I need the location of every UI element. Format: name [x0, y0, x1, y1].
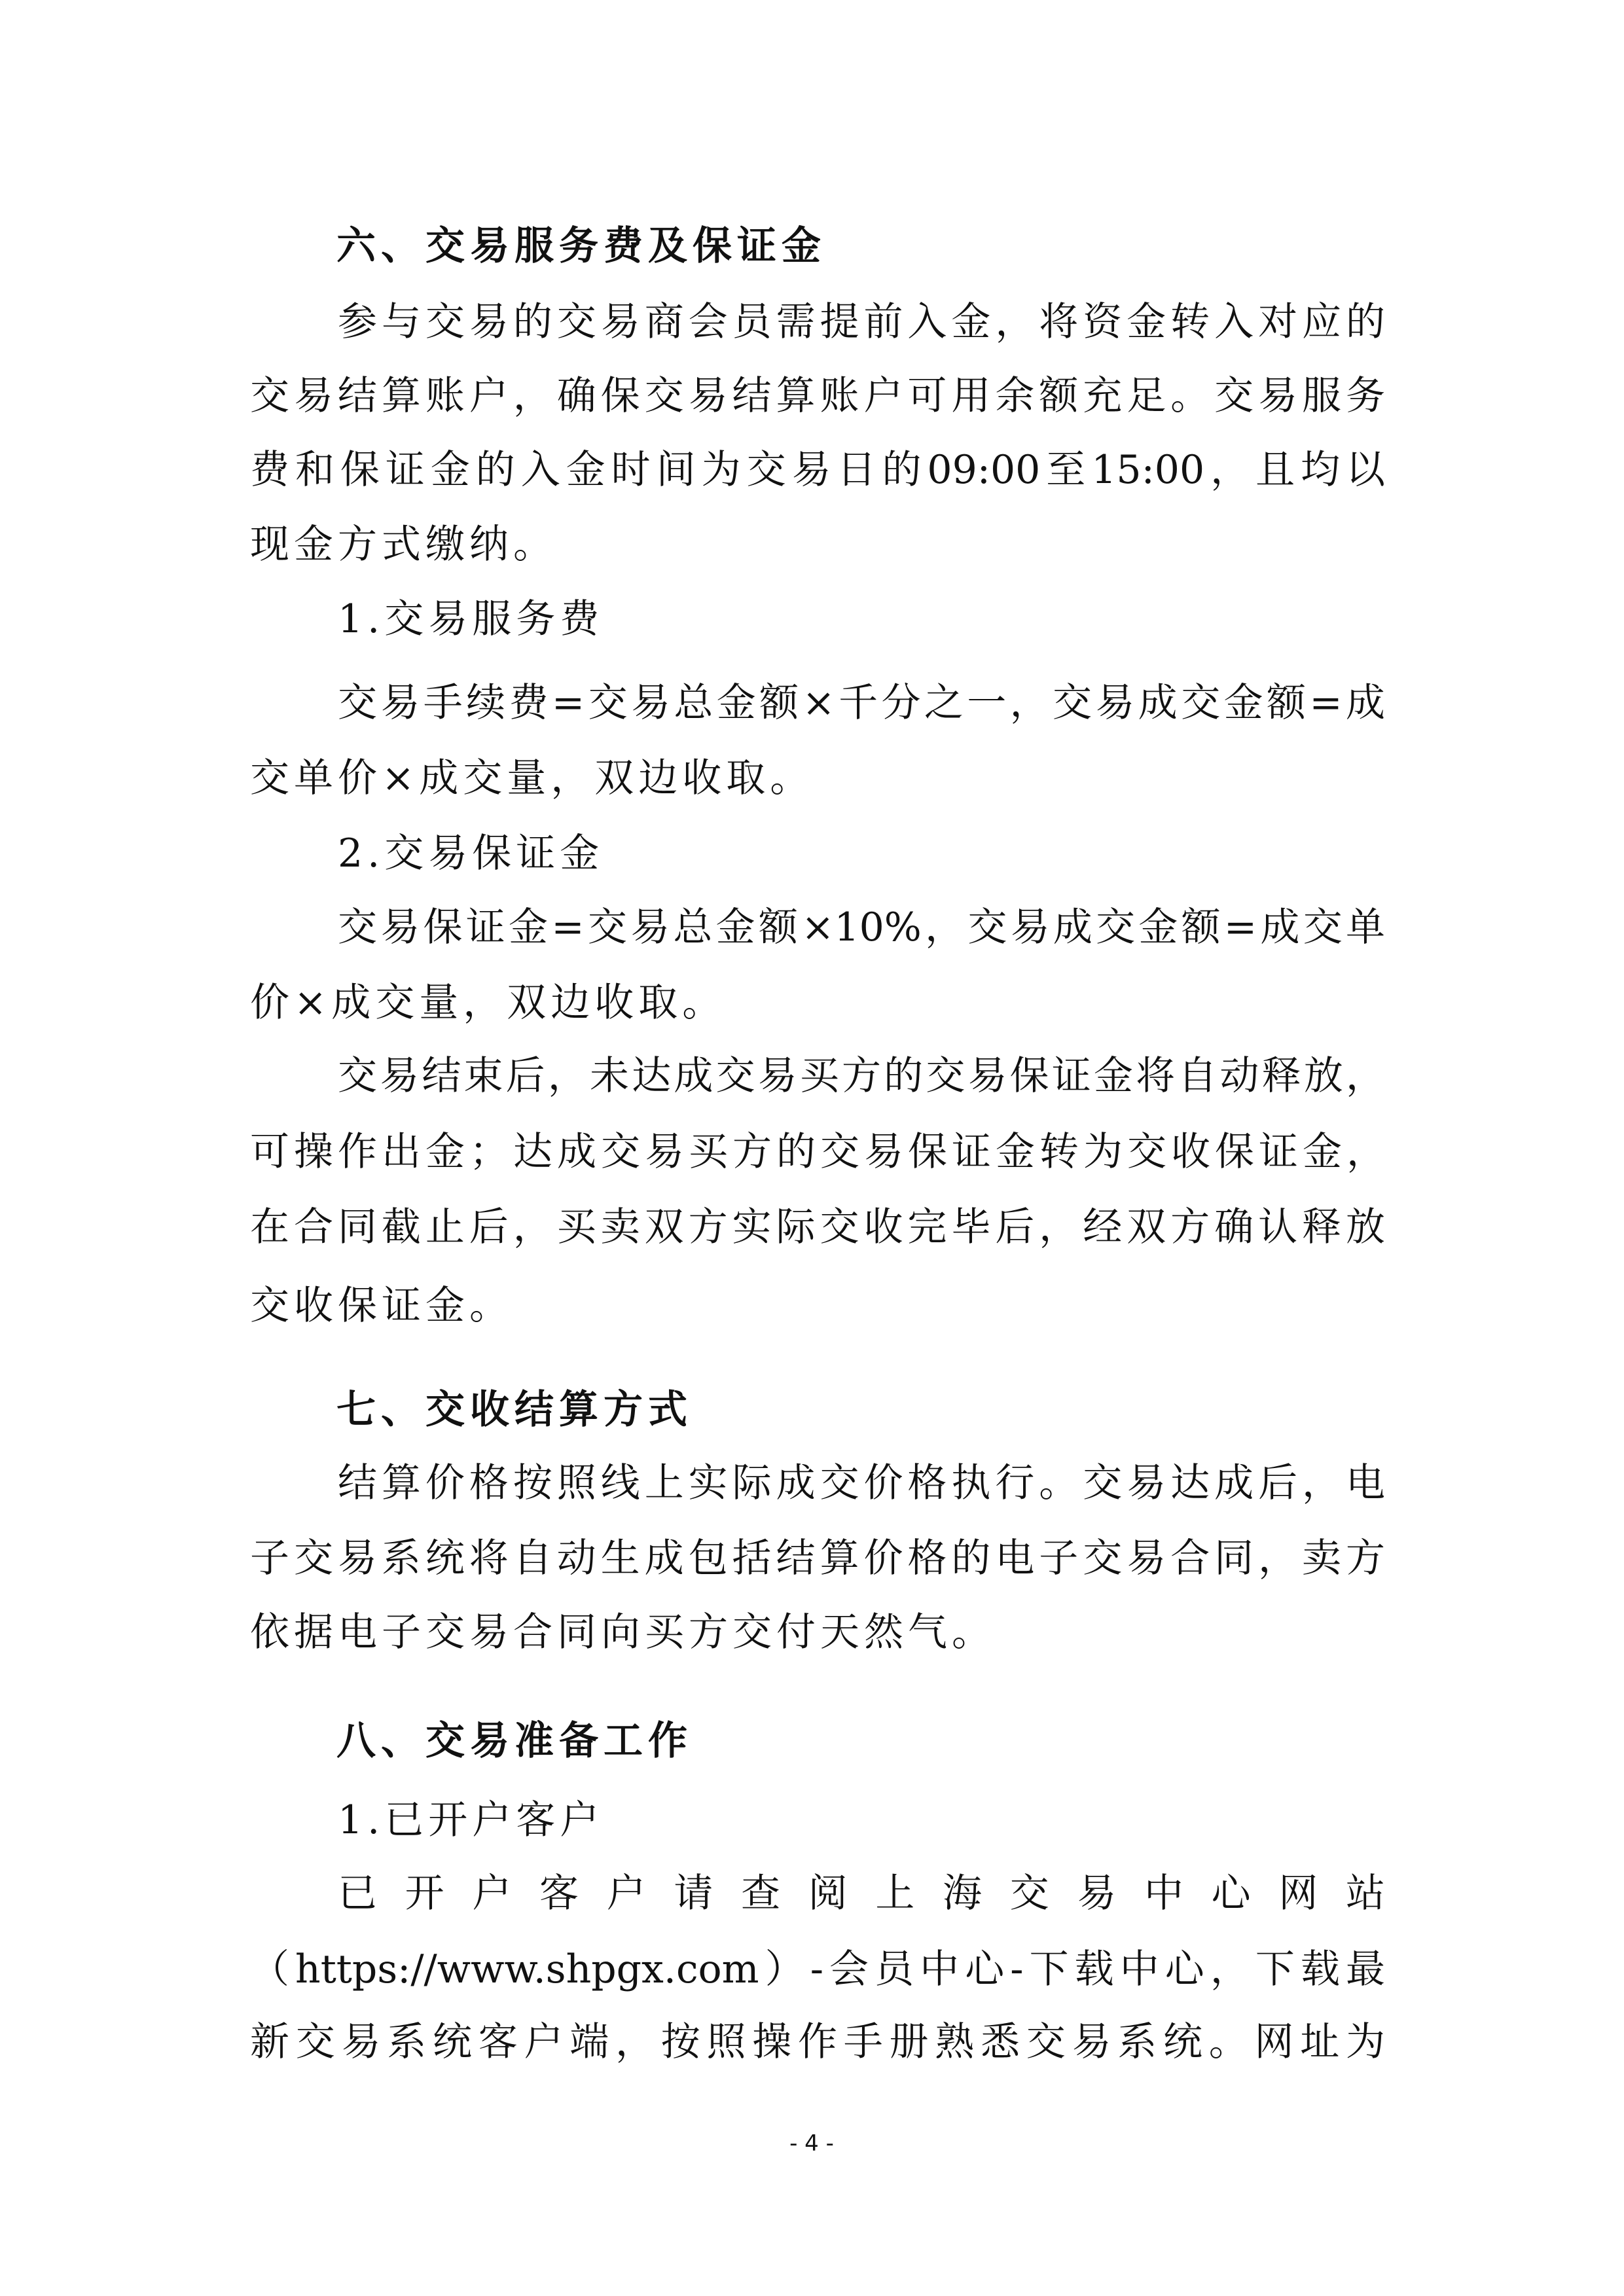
url-line: （https://www.shpgx.com）-会员中心-下载中心，下载最: [250, 1943, 1385, 1996]
paragraph-line: 结算价格按照线上实际成交价格执行。交易达成后，电: [338, 1457, 1385, 1509]
paragraph-line: 价×成交量，双边收取。: [250, 977, 1385, 1029]
paragraph-line: 参与交易的交易商会员需提前入金，将资金转入对应的: [338, 296, 1385, 348]
paragraph-line: 已开户客户请查阅上海交易中心网站: [338, 1867, 1385, 1920]
page-number: - 4 -: [779, 2130, 844, 2157]
subsection-title: 1.已开户客户: [338, 1794, 1385, 1846]
paragraph-line: 交易手续费=交易总金额×千分之一，交易成交金额=成: [338, 677, 1385, 729]
paragraph-line: 可操作出金；达成交易买方的交易保证金转为交收保证金，: [250, 1126, 1385, 1178]
paragraph-line: 在合同截止后，买卖双方实际交收完毕后，经双方确认释放: [250, 1201, 1385, 1253]
section-heading-8: 八、交易准备工作: [336, 1715, 1384, 1767]
section-heading-7: 七、交收结算方式: [336, 1384, 1384, 1436]
document-page: 六、交易服务费及保证金 参与交易的交易商会员需提前入金，将资金转入对应的 交易结…: [0, 0, 1624, 2296]
subsection-title: 2.交易保证金: [338, 827, 1385, 880]
paragraph-line: 交易结算账户，确保交易结算账户可用余额充足。交易服务: [250, 370, 1385, 422]
section-heading-6: 六、交易服务费及保证金: [336, 220, 1384, 272]
paragraph-line: 费和保证金的入金时间为交易日的09:00至15:00，且均以: [250, 444, 1385, 496]
paragraph-line: 交易结束后，未达成交易买方的交易保证金将自动释放，: [338, 1050, 1385, 1102]
paragraph-line: 子交易系统将自动生成包括结算价格的电子交易合同，卖方: [250, 1532, 1385, 1585]
paragraph-line: 新交易系统客户端，按照操作手册熟悉交易系统。网址为: [250, 2016, 1385, 2068]
paragraph-line: 依据电子交易合同向买方交付天然气。: [250, 1606, 1385, 1659]
paragraph-line: 现金方式缴纳。: [250, 518, 1385, 571]
paragraph-line: 交收保证金。: [250, 1280, 1385, 1332]
paragraph-line: 交易保证金=交易总金额×10%，交易成交金额=成交单: [338, 901, 1385, 954]
subsection-title: 1.交易服务费: [338, 593, 1385, 645]
paragraph-line: 交单价×成交量，双边收取。: [250, 752, 1385, 804]
